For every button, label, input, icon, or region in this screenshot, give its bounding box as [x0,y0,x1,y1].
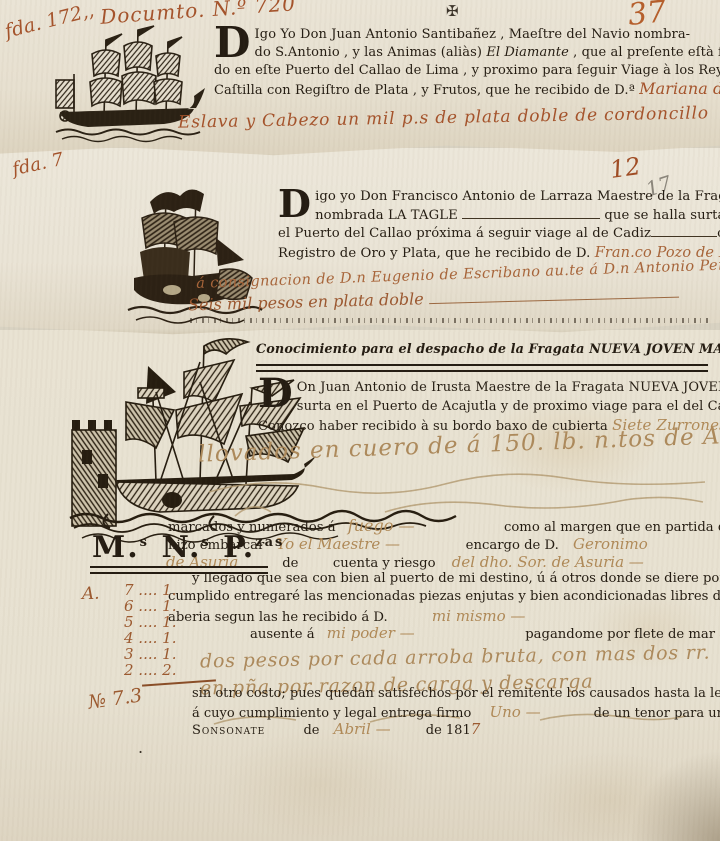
printers-cross-icon: ✠ [446,2,459,20]
number-annotation-ink: 12 [608,152,642,184]
document-header: Conocimiento para el despacho de la Frag… [256,342,712,357]
handwritten-fuego: fuego — [340,516,500,535]
printed-text: cuenta y riesgo [333,556,436,571]
printed-line: On Juan Antonio de Irusta Maestre de la … [297,380,720,395]
drop-cap: D [214,26,255,59]
printed-text: de 181 [426,723,471,738]
printed-text: como al margen que en partida de Registr… [504,520,720,535]
clipped-print-line [190,318,710,323]
printed-text: de [303,723,319,738]
printed-line: , que al preſente eſtà ſurto , y ancla- [569,45,720,60]
fill-in-blank [651,225,717,237]
printed-line-recibido: aberia segun las he recibido á D. mi mis… [168,607,525,625]
handwritten-year-digit: 7 [471,720,481,738]
handwritten-signature-mark: Uno — [475,703,589,721]
printed-line: Caſtilla con Regiſtro de Plata , y Fruto… [214,83,635,98]
double-rule-divider [256,364,708,372]
photograph-of-stacked-bills-of-lading: fda. 172,, Documto. N.º 720 ✠ 37 [0,0,720,841]
printed-line: sin otro costo; pues quedan satisfechos … [192,686,720,701]
printed-line: Igo Yo Don Juan Antonio Santibañez , Mae… [255,27,691,42]
bill-of-lading-nueva-joven-maria: Conocimiento para el despacho de la Frag… [0,330,720,841]
tally-letter: A. [82,584,100,604]
mark-superscript: zas [255,535,284,550]
mark-letter: M. [92,530,140,565]
printed-text: encargo de D. [466,538,559,553]
printed-text: de [282,556,298,571]
mark-superscript: s [201,535,210,550]
tally-row: 4 .... 1. [124,630,176,646]
handwritten-maestre: Yo el Maestre — [268,535,461,553]
tally-total: № 7.3 [87,684,144,713]
fill-in-blank [462,207,600,219]
handwritten-mi-poder: mi poder — [319,624,477,642]
drop-cap: D [278,188,315,219]
printed-line: do en eſte Puerto del Callao de Lima , y… [214,63,720,78]
mark-letter: N. [161,530,201,565]
handwritten-consignor-name: Mariana de [639,79,720,98]
tally-row: 2 .... 2. [124,662,176,678]
printed-text: aberia segun las he recibido á D. [168,610,388,625]
tally-row: 3 .... 1. [124,646,176,662]
printed-line-ausente: ausente á mi poder — pagandome por flete… [250,624,720,642]
handwritten-dho-senor: del dho. Sor. de Asuria — [440,553,644,571]
printed-line: surta en el Puerto de Acajutla y de prox… [297,399,720,414]
tally-row: 6 .... 1. [124,598,176,614]
printed-line: y llegado que sea con bien al puerto de … [192,571,720,586]
handwritten-geronimo: Geronimo [563,535,648,553]
printed-line: Registro de Oro y Plata, que he recibido… [278,246,590,261]
tally-row: 5 .... 1. [124,614,176,630]
handwritten-mi-mismo: mi mismo — [392,607,526,625]
pen-flourish-line [429,285,679,305]
printed-line: do S.Antonio , y las Animas (aliàs) [255,45,487,60]
mark-letter: P. [223,530,255,565]
folio-annotation: fda. 7 [10,149,65,180]
printed-paragraph: Digo yo Don Francisco Antonio de Larraza… [278,188,714,263]
printed-line: nombrada LA TAGLE [315,208,458,223]
bill-of-lading-la-tagle: fda. 7 12 17 [0,148,720,338]
drop-cap: D [258,378,297,410]
handwritten-cargo-line: Eslava y Cabezo un mil p.s de plata dobl… [178,103,709,132]
printed-line: cumplido entregaré las mencionadas pieza… [168,589,720,604]
printed-line-place-date: Sonsonate de Abril — de 1817 [192,720,480,738]
bill-of-lading-san-antonio: fda. 172,, Documto. N.º 720 ✠ 37 [0,0,720,160]
printed-line: que se halla surta en [604,208,720,223]
printed-text: á cuyo cumplimiento y legal entrega firm… [192,706,471,721]
printed-line: igo yo Don Francisco Antonio de Larraza … [315,189,720,204]
printed-text: de un tenor para un solo efecto. [594,706,720,721]
double-rule-under-mark [90,566,268,574]
handwritten-month: Abril — [324,720,422,738]
place-name: Sonsonate [192,723,265,738]
mark-superscript: s [140,535,149,550]
printed-text: pagandome por flete de mar á [525,627,720,642]
printed-line-firma: á cuyo cumplimiento y legal entrega firm… [192,703,720,721]
tally-row: 7 .... 1. [124,582,176,598]
handwritten-freight-line-1: dos pesos por cada arroba bruta, con mas… [200,642,711,673]
ink-dot: . [138,738,143,757]
printed-paragraph: DIgo Yo Don Juan Antonio Santibañez , Ma… [214,26,718,100]
ship-name-italic: El Diamante [486,45,569,60]
printed-line: el Puerto del Callao próxima á seguir vi… [278,226,651,241]
cargo-mark-mnp: M.s N.s P.zas [92,530,284,565]
tally-column: 7 .... 1. 6 .... 1. 5 .... 1. 4 .... 1. … [124,582,176,678]
printed-text: ausente á [250,627,315,642]
